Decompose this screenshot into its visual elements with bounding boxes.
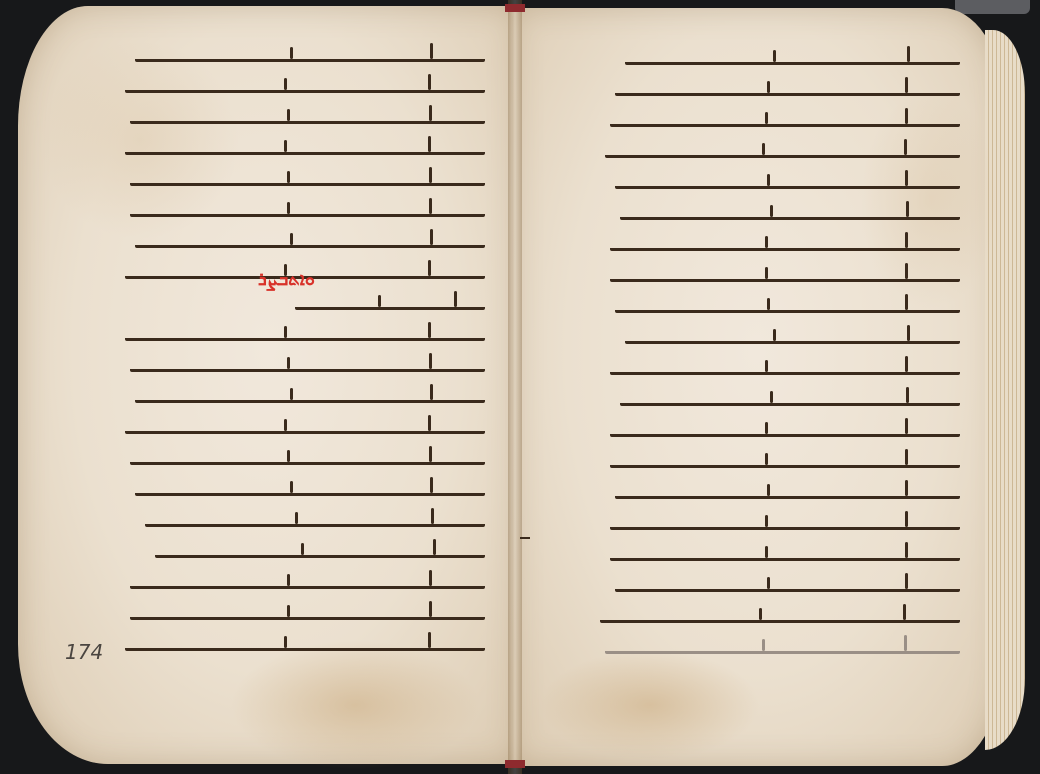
ink-stroke bbox=[610, 274, 960, 282]
ink-stroke bbox=[130, 178, 485, 186]
script-line bbox=[555, 355, 960, 386]
script-line bbox=[555, 572, 960, 603]
clip-tab bbox=[955, 0, 1030, 14]
ink-stroke bbox=[130, 457, 485, 465]
script-line bbox=[95, 445, 485, 476]
ink-stroke bbox=[145, 519, 485, 527]
ink-stroke bbox=[620, 212, 960, 220]
ink-stroke bbox=[130, 364, 485, 372]
book-gutter bbox=[508, 0, 522, 774]
script-line bbox=[95, 290, 485, 321]
water-stain-right bbox=[540, 650, 760, 760]
red-rubric: ܘܐܬܒܨܪ bbox=[258, 269, 315, 290]
script-line bbox=[555, 541, 960, 572]
ink-stroke bbox=[125, 147, 485, 155]
script-line bbox=[95, 631, 485, 662]
script-line bbox=[95, 73, 485, 104]
spine-binding-top bbox=[505, 4, 525, 12]
ink-stroke bbox=[130, 209, 485, 217]
ink-stroke bbox=[625, 336, 960, 344]
ink-stroke bbox=[130, 116, 485, 124]
script-line bbox=[95, 507, 485, 538]
ink-stroke bbox=[135, 54, 485, 62]
ink-stroke bbox=[620, 398, 960, 406]
left-page-text bbox=[95, 42, 485, 662]
ink-stroke bbox=[615, 305, 960, 313]
script-line bbox=[95, 135, 485, 166]
script-line bbox=[555, 293, 960, 324]
script-line bbox=[555, 107, 960, 138]
right-page-text bbox=[555, 45, 960, 665]
manuscript-photo: ܘܐܬܒܨܪ 174 bbox=[0, 0, 1040, 774]
script-line bbox=[555, 169, 960, 200]
ink-stroke bbox=[610, 553, 960, 561]
script-line bbox=[95, 600, 485, 631]
margin-mark bbox=[520, 537, 530, 539]
script-line bbox=[95, 197, 485, 228]
ink-stroke bbox=[610, 243, 960, 251]
script-line bbox=[555, 138, 960, 169]
script-line bbox=[95, 228, 485, 259]
script-line bbox=[555, 448, 960, 479]
script-line bbox=[95, 569, 485, 600]
script-line bbox=[95, 321, 485, 352]
ink-stroke bbox=[135, 240, 485, 248]
page-block-edges bbox=[985, 30, 1025, 750]
ink-stroke bbox=[135, 395, 485, 403]
script-line bbox=[95, 104, 485, 135]
script-line bbox=[555, 510, 960, 541]
script-line bbox=[95, 166, 485, 197]
script-line bbox=[555, 45, 960, 76]
ink-stroke bbox=[130, 612, 485, 620]
ink-stroke bbox=[615, 181, 960, 189]
script-line bbox=[95, 414, 485, 445]
script-line bbox=[555, 634, 960, 665]
script-line bbox=[95, 383, 485, 414]
script-line bbox=[555, 324, 960, 355]
script-line bbox=[95, 42, 485, 73]
spine-binding-bottom bbox=[505, 760, 525, 768]
script-line bbox=[555, 262, 960, 293]
ink-stroke bbox=[615, 584, 960, 592]
script-line bbox=[95, 476, 485, 507]
ink-stroke bbox=[600, 615, 960, 623]
ink-stroke bbox=[610, 460, 960, 468]
ink-stroke bbox=[295, 302, 485, 310]
script-line bbox=[555, 76, 960, 107]
script-line bbox=[555, 479, 960, 510]
ink-stroke bbox=[610, 119, 960, 127]
ink-stroke bbox=[605, 150, 960, 158]
ink-stroke bbox=[125, 643, 485, 651]
ink-stroke bbox=[130, 581, 485, 589]
ink-stroke bbox=[615, 491, 960, 499]
ink-stroke bbox=[610, 522, 960, 530]
ink-stroke bbox=[625, 57, 960, 65]
script-line bbox=[555, 603, 960, 634]
script-line bbox=[95, 538, 485, 569]
script-line bbox=[95, 352, 485, 383]
script-line bbox=[555, 200, 960, 231]
ink-stroke bbox=[125, 333, 485, 341]
ink-stroke bbox=[125, 85, 485, 93]
ink-stroke bbox=[125, 426, 485, 434]
ink-stroke bbox=[610, 429, 960, 437]
ink-stroke bbox=[615, 88, 960, 96]
script-line bbox=[555, 386, 960, 417]
script-line bbox=[555, 417, 960, 448]
script-line bbox=[555, 231, 960, 262]
ink-stroke bbox=[605, 646, 960, 654]
ink-stroke bbox=[155, 550, 485, 558]
ink-stroke bbox=[135, 488, 485, 496]
ink-stroke bbox=[610, 367, 960, 375]
folio-number: 174 bbox=[65, 640, 103, 664]
